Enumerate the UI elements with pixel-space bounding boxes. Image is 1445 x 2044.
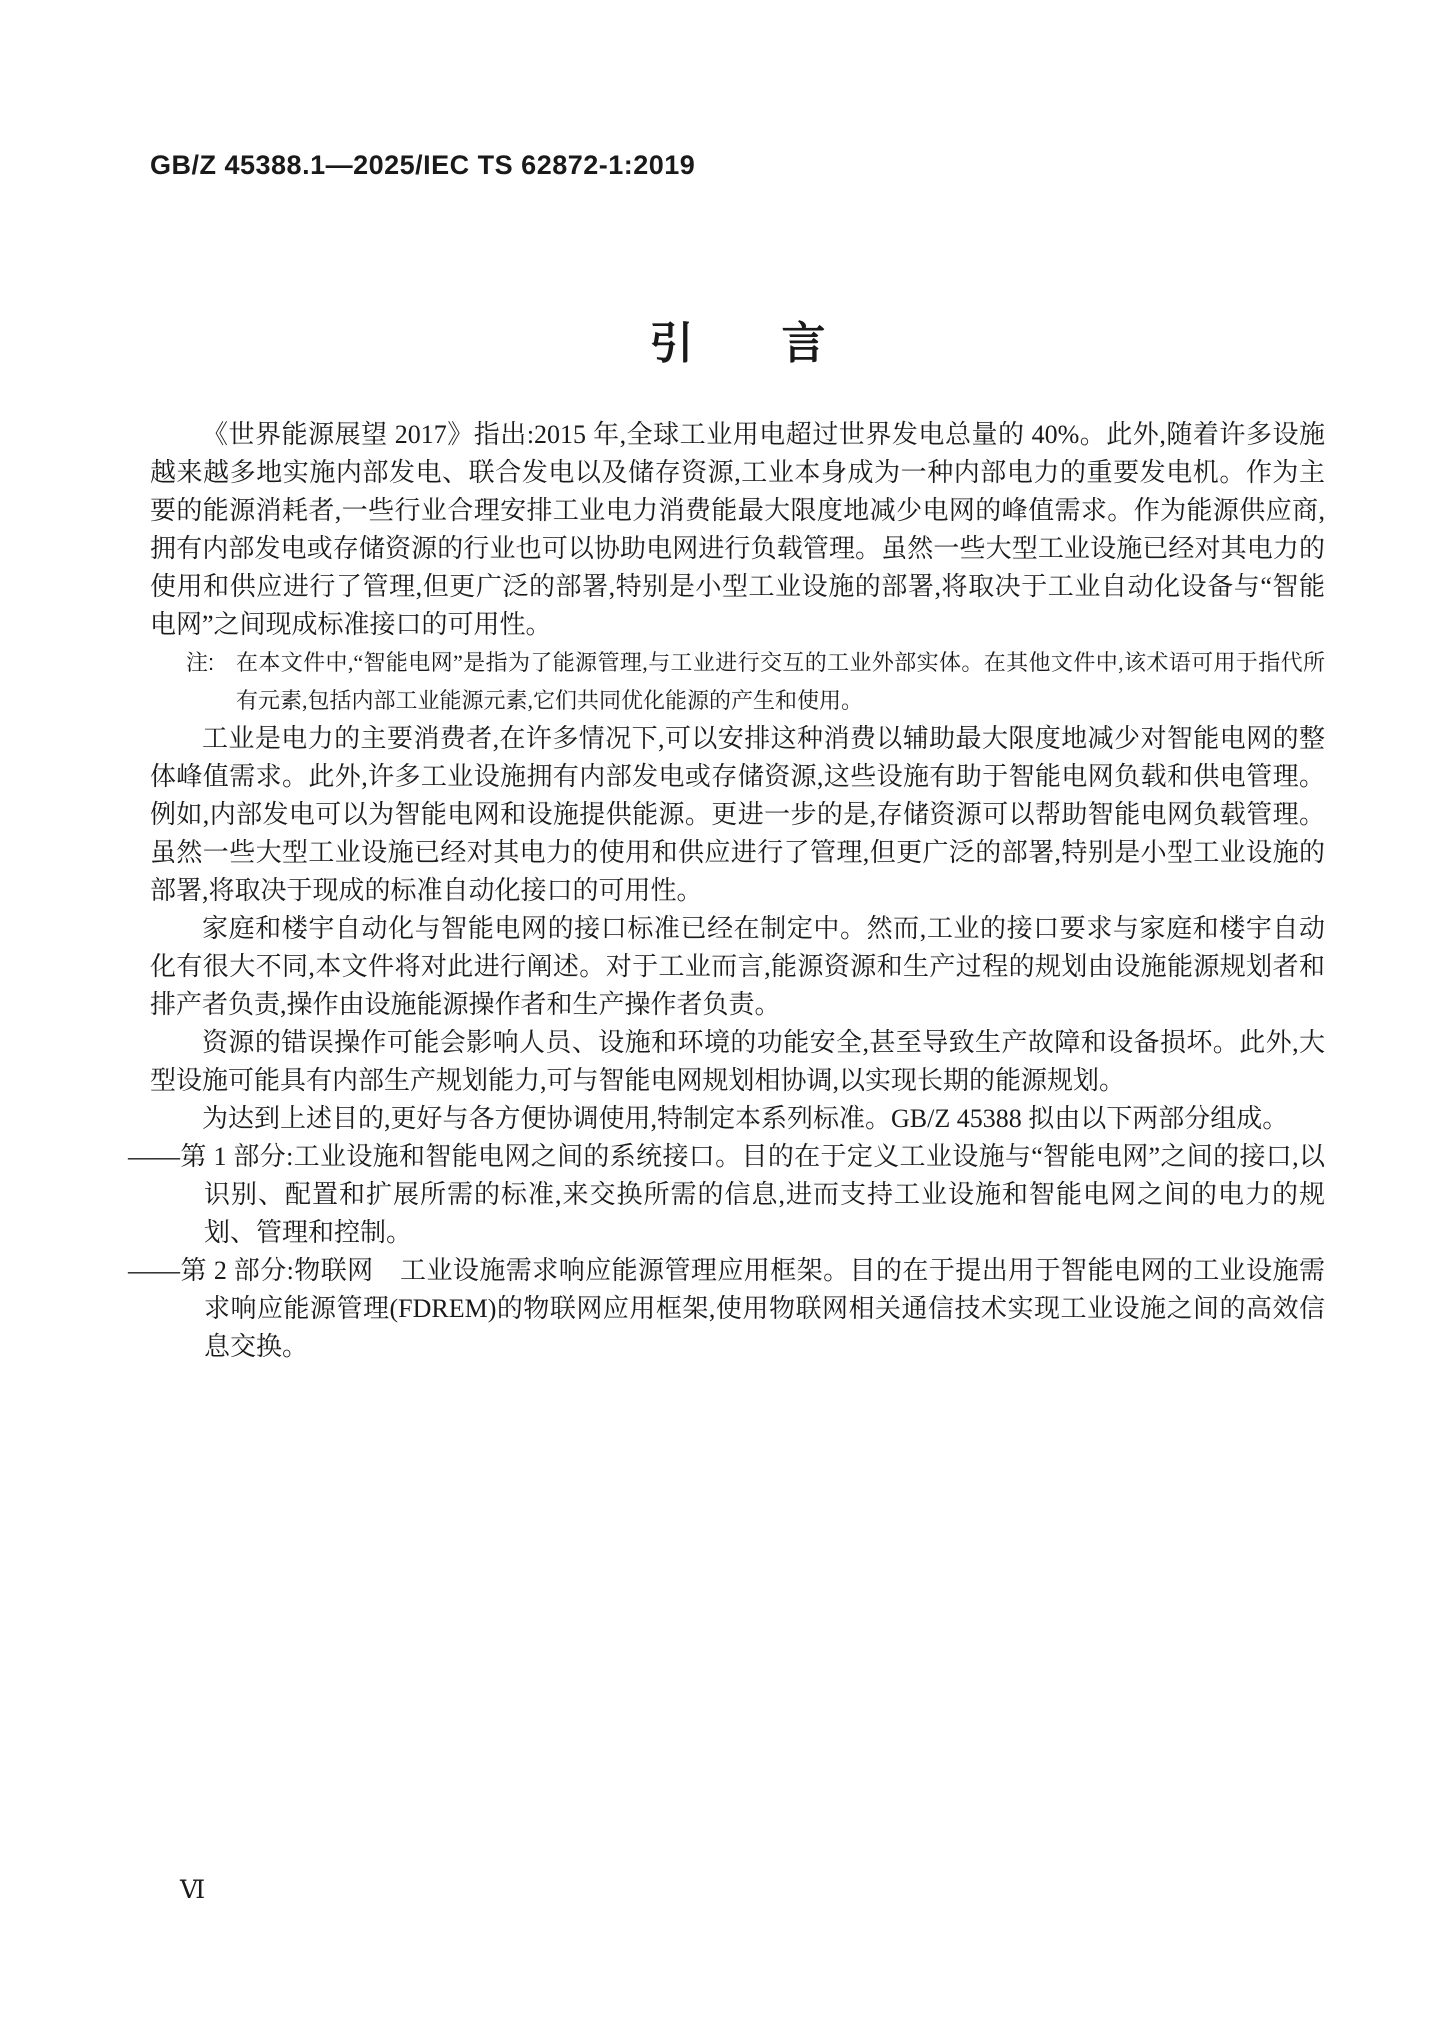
note-block: 注: 在本文件中,“智能电网”是指为了能源管理,与工业进行交互的工业外部实体。在… [150,644,1325,720]
page-number: Ⅵ [180,1876,205,1906]
document-page: GB/Z 45388.1—2025/IEC TS 62872-1:2019 引 … [0,0,1445,2044]
list-item-part-2: ——第 2 部分:物联网 工业设施需求响应能源管理应用框架。目的在于提出用于智能… [150,1252,1325,1366]
paragraph-series-purpose: 为达到上述目的,更好与各方便协调使用,特制定本系列标准。GB/Z 45388 拟… [150,1100,1325,1138]
standard-number-header: GB/Z 45388.1—2025/IEC TS 62872-1:2019 [150,150,695,181]
paragraph-resource-misoperation: 资源的错误操作可能会影响人员、设施和环境的功能安全,甚至导致生产故障和设备损坏。… [150,1024,1325,1100]
page-title: 引 言 [150,318,1325,370]
note-text: 在本文件中,“智能电网”是指为了能源管理,与工业进行交互的工业外部实体。在其他文… [236,650,1325,713]
introduction-body: 《世界能源展望 2017》指出:2015 年,全球工业用电超过世界发电总量的 4… [150,416,1325,1366]
paragraph-industry-consumer: 工业是电力的主要消费者,在许多情况下,可以安排这种消费以辅助最大限度地减少对智能… [150,720,1325,910]
paragraph-home-building-automation: 家庭和楼宇自动化与智能电网的接口标准已经在制定中。然而,工业的接口要求与家庭和楼… [150,910,1325,1024]
note-label: 注: [186,644,214,682]
paragraph-world-energy-outlook: 《世界能源展望 2017》指出:2015 年,全球工业用电超过世界发电总量的 4… [150,416,1325,644]
list-item-part-1: ——第 1 部分:工业设施和智能电网之间的系统接口。目的在于定义工业设施与“智能… [150,1138,1325,1252]
